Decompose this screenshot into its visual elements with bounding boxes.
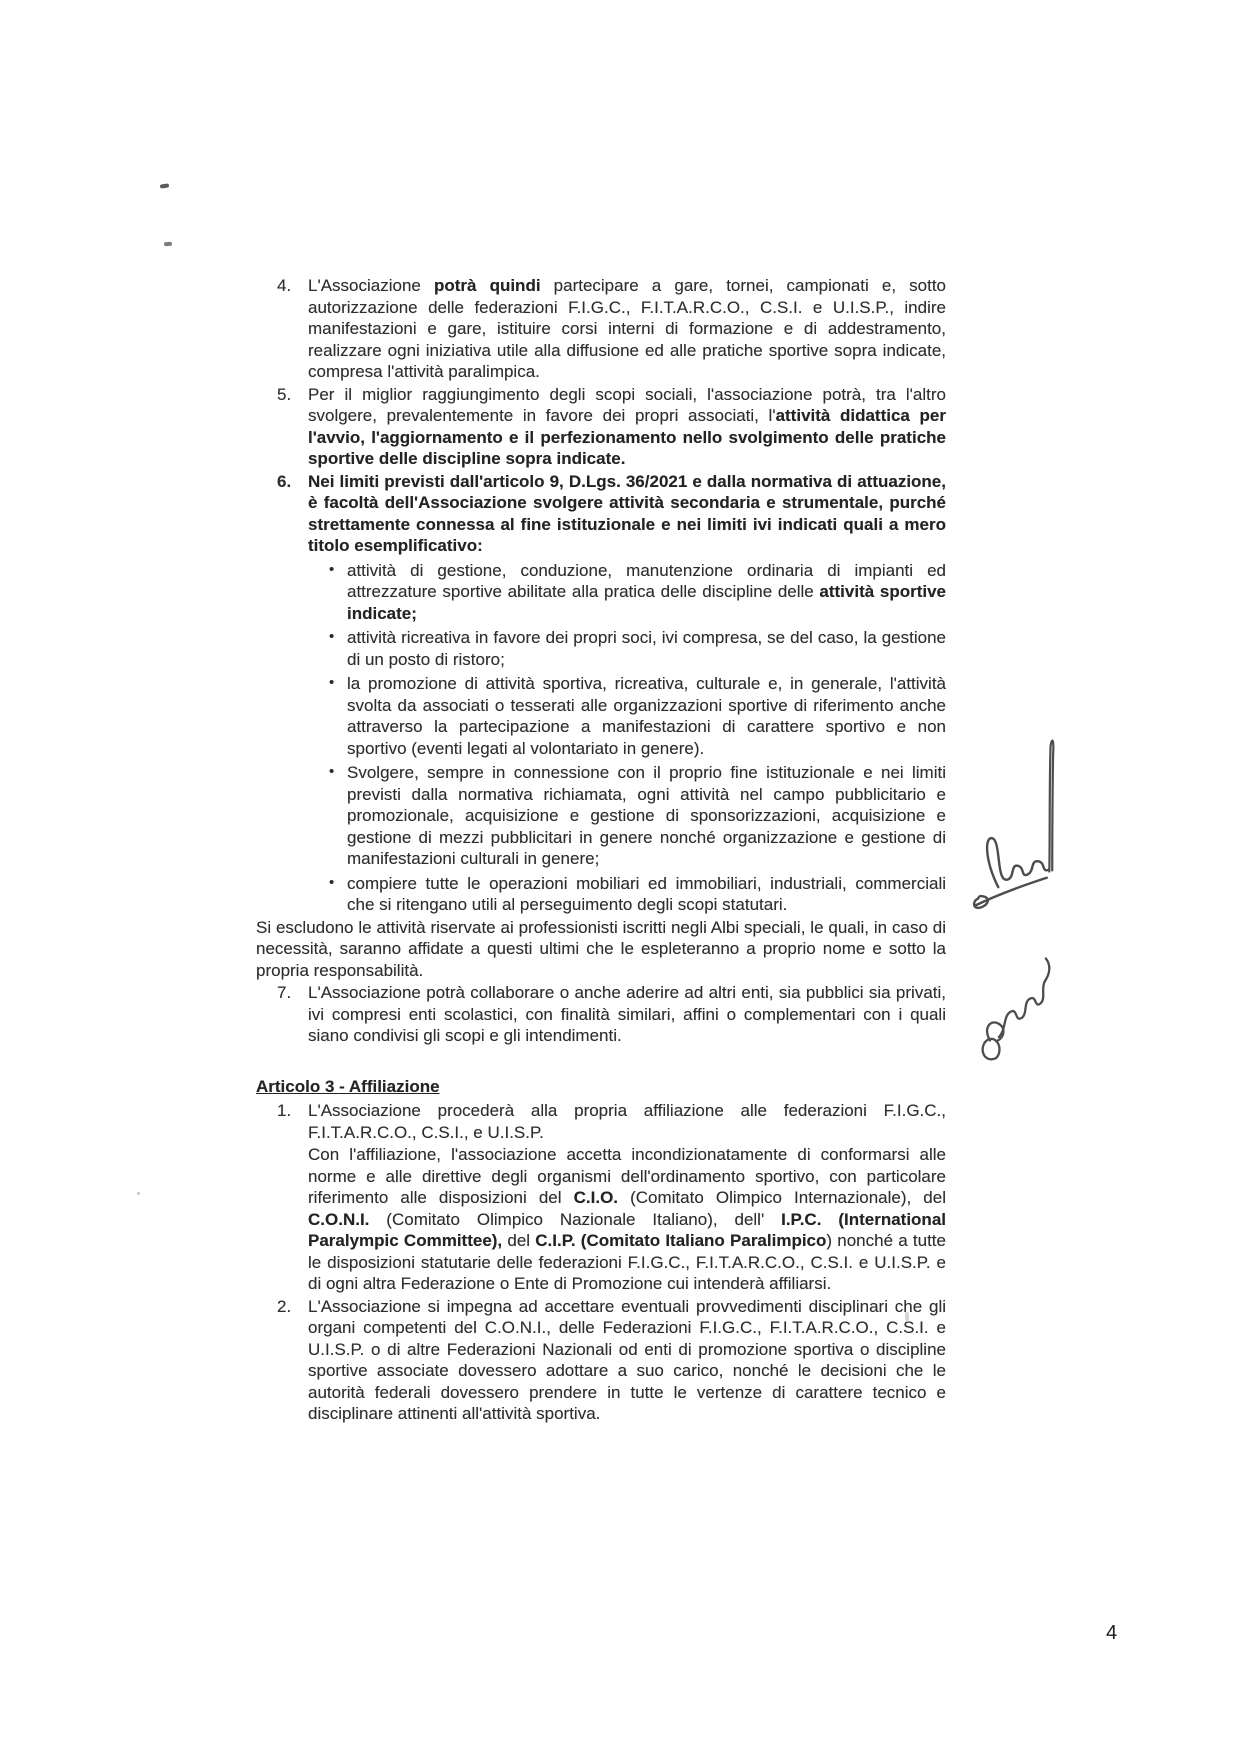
bullet-item: •attività ricreativa in favore dei propr… [256, 627, 946, 670]
signature-annotations [957, 730, 1070, 922]
text-content: L'Associazione potrà quindi partecipare … [308, 275, 946, 383]
list-number: 2. [277, 1296, 291, 1318]
page-number: 4 [1106, 1622, 1117, 1645]
bullet-marker: • [329, 872, 334, 894]
list-number: 1. [277, 1100, 291, 1122]
bullet-item: •compiere tutte le operazioni mobiliari … [256, 873, 946, 916]
scan-speck [137, 1192, 140, 1195]
text-content: Svolgere, sempre in connessione con il p… [347, 762, 946, 870]
list-item: 4.L'Associazione potrà quindi partecipar… [256, 275, 946, 383]
list-number: 7. [277, 982, 291, 1004]
paragraph: Si escludono le attività riservate ai pr… [256, 917, 946, 982]
pen-dash-mark [160, 183, 169, 188]
section-heading: Articolo 3 - Affiliazione [256, 1076, 946, 1098]
handwritten-signature-icon [957, 730, 1070, 922]
bullet-item: •Svolgere, sempre in connessione con il … [256, 762, 946, 870]
pen-dash-mark [164, 242, 172, 247]
text-content: attività ricreativa in favore dei propri… [347, 627, 946, 670]
bullet-marker: • [329, 626, 334, 648]
list-item: 7.L'Associazione potrà collaborare o anc… [256, 982, 946, 1047]
document-blocks: 4.L'Associazione potrà quindi partecipar… [256, 274, 946, 1425]
text-content: L'Associazione potrà collaborare o anche… [308, 982, 946, 1047]
text-content: attività di gestione, conduzione, manute… [347, 560, 946, 625]
text-content: Articolo 3 - Affiliazione [256, 1076, 946, 1098]
list-item: 2.L'Associazione si impegna ad accettare… [256, 1296, 946, 1425]
text-content: Con l'affiliazione, l'associazione accet… [308, 1144, 946, 1295]
list-item: 5.Per il miglior raggiungimento degli sc… [256, 384, 946, 470]
text-content: Si escludono le attività riservate ai pr… [256, 917, 946, 982]
text-content: L'Associazione procederà alla propria af… [308, 1100, 946, 1143]
text-content: L'Associazione si impegna ad accettare e… [308, 1296, 946, 1425]
text-content: Per il miglior raggiungimento degli scop… [308, 384, 946, 470]
bullet-marker: • [329, 761, 334, 783]
list-item: 6.Nei limiti previsti dall'articolo 9, D… [256, 471, 946, 557]
list-number: 6. [277, 471, 291, 493]
paragraph-continuation: Con l'affiliazione, l'associazione accet… [256, 1144, 946, 1295]
handwritten-initials-icon [971, 936, 1065, 1065]
document-page: 4.L'Associazione potrà quindi partecipar… [0, 0, 1241, 1755]
signature-annotations [971, 936, 1065, 1065]
list-number: 5. [277, 384, 291, 406]
text-content: la promozione di attività sportiva, ricr… [347, 673, 946, 759]
list-number: 4. [277, 275, 291, 297]
bullet-marker: • [329, 672, 334, 694]
text-content: compiere tutte le operazioni mobiliari e… [347, 873, 946, 916]
text-content: Nei limiti previsti dall'articolo 9, D.L… [308, 471, 946, 557]
bullet-item: •attività di gestione, conduzione, manut… [256, 560, 946, 625]
bullet-marker: • [329, 559, 334, 581]
list-item: 1.L'Associazione procederà alla propria … [256, 1100, 946, 1143]
bullet-item: •la promozione di attività sportiva, ric… [256, 673, 946, 759]
